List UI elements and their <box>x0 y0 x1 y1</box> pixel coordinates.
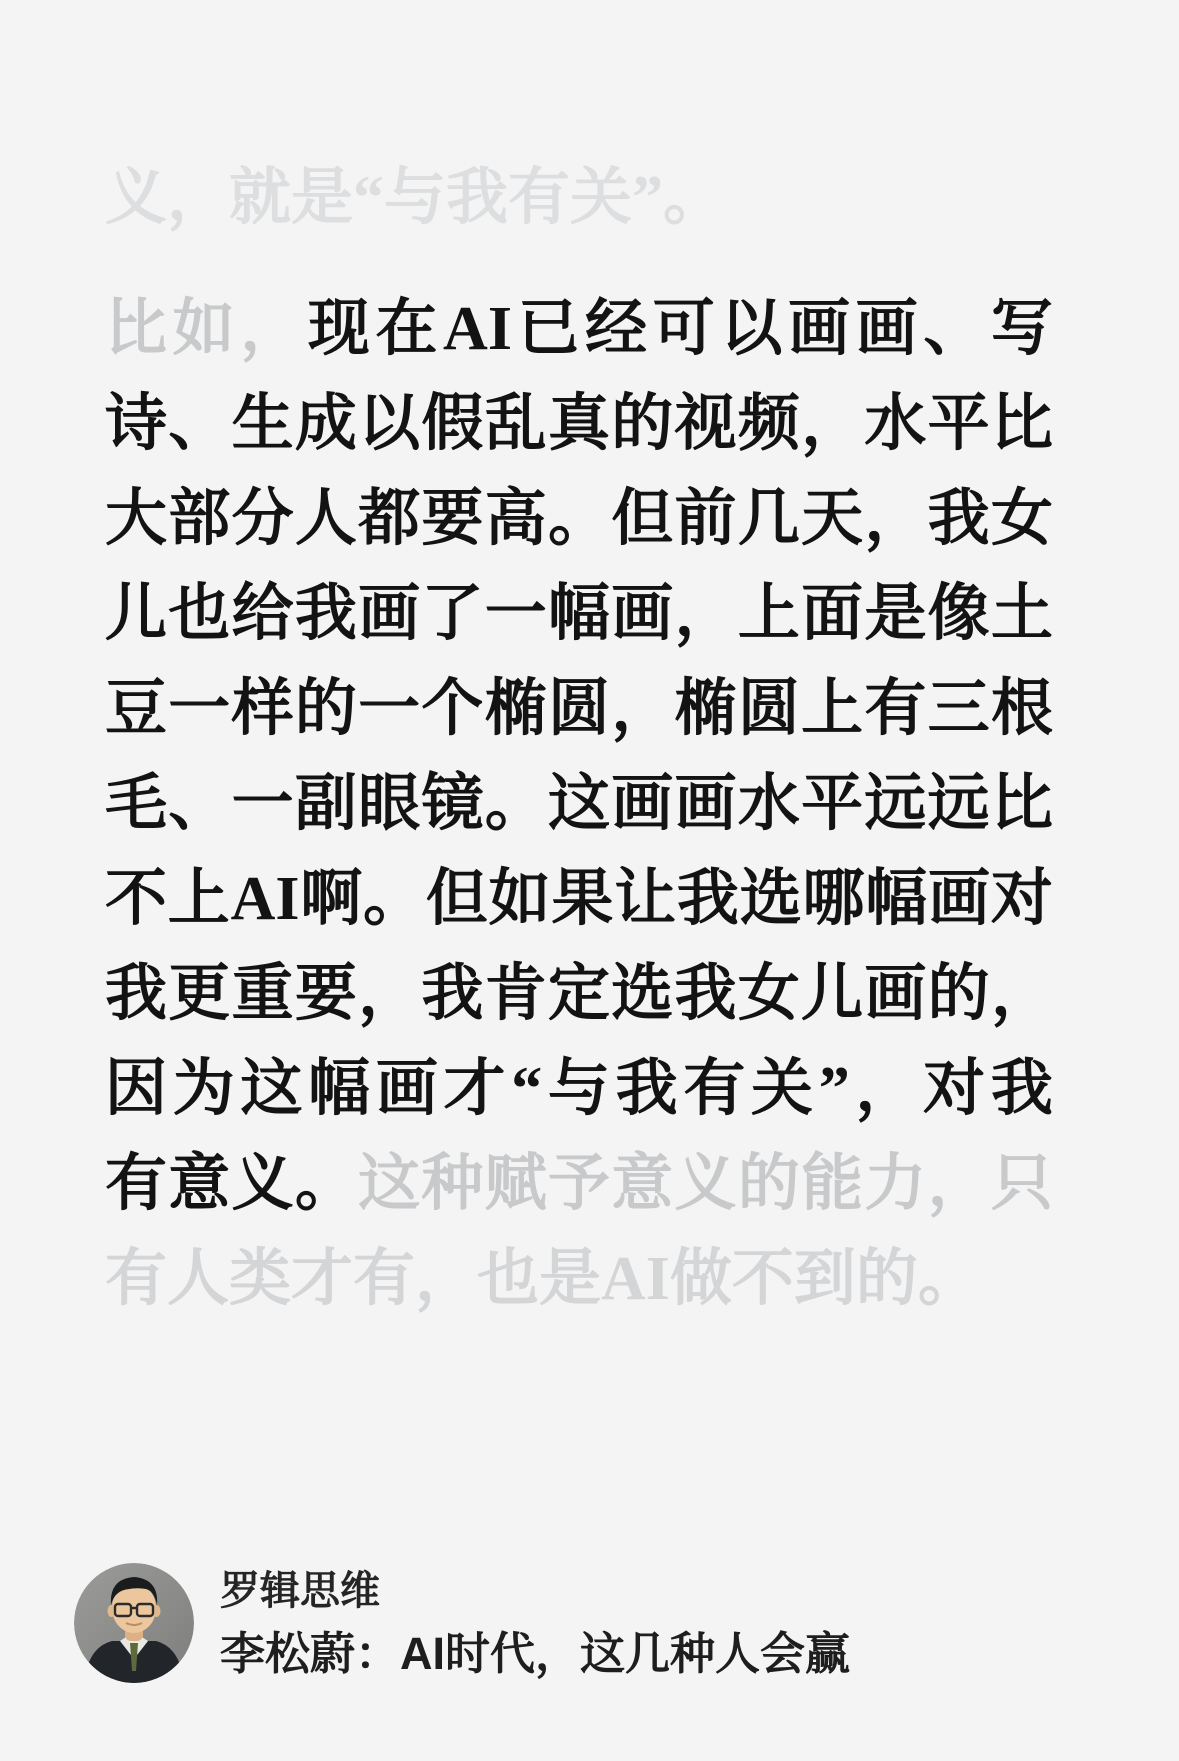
text-segment: 镜 <box>421 757 483 852</box>
text-segment: 已 <box>518 282 580 377</box>
text-segment: 椭 <box>675 662 737 757</box>
text-segment: 有 <box>864 662 926 757</box>
text-segment: 诗 <box>105 377 167 472</box>
text-segment: 画 <box>856 282 918 377</box>
text-segment: 儿 <box>105 567 167 662</box>
text-segment: ， <box>928 1137 990 1232</box>
text-line: 诗、生成以假乱真的视频，水平比 <box>105 377 1053 472</box>
text-segment: AI <box>231 852 300 947</box>
text-segment: 意 <box>168 1137 230 1232</box>
text-segment: 是 <box>864 567 926 662</box>
text-segment: 上 <box>168 852 230 947</box>
text-segment: 面 <box>801 567 863 662</box>
text-segment: 如 <box>489 852 551 947</box>
text-segment: 女 <box>738 947 800 1042</box>
text-segment: 远 <box>864 757 926 852</box>
text-segment: 重 <box>232 947 294 1042</box>
portrait-man-glasses-icon <box>74 1563 194 1683</box>
text-segment: “ <box>511 1042 542 1137</box>
text-segment: 上 <box>738 567 800 662</box>
text-segment: 。 <box>363 852 425 947</box>
text-segment: 远 <box>928 757 990 852</box>
page-root: 义，就是“与我有关”。比如，现在AI已经可以画画、写诗、生成以假乱真的视频，水平… <box>0 0 1179 1761</box>
text-segment: 才 <box>444 1042 506 1137</box>
text-segment: 样 <box>232 662 294 757</box>
text-segment: 画 <box>611 757 673 852</box>
text-line: 豆一样的一个椭圆，椭圆上有三根 <box>105 662 1053 757</box>
text-segment: 圆 <box>548 662 610 757</box>
text-segment: 、 <box>923 282 985 377</box>
text-segment: 的 <box>928 947 990 1042</box>
text-segment: 眼 <box>358 757 420 852</box>
text-segment: 的 <box>738 1137 800 1232</box>
episode-title: 李松蔚：AI时代，这几种人会赢 <box>220 1630 850 1677</box>
text-segment: 人 <box>295 472 357 567</box>
text-segment: 幅 <box>548 567 610 662</box>
text-line: 有意义。这种赋予意义的能力，只 <box>105 1137 1053 1232</box>
text-segment: 现 <box>308 282 370 377</box>
text-segment: 有 <box>105 1137 167 1232</box>
text-segment: 一 <box>358 662 420 757</box>
text-line: 比如，现在AI已经可以画画、写 <box>105 282 1053 377</box>
text-segment: 。 <box>295 1137 357 1232</box>
text-segment: 真 <box>548 377 610 472</box>
text-segment: 我 <box>991 1042 1053 1137</box>
text-segment: 我 <box>295 567 357 662</box>
text-segment: 只 <box>991 1137 1053 1232</box>
text-segment: 我 <box>677 852 739 947</box>
text-segment: 选 <box>740 852 802 947</box>
text-segment: 比 <box>991 377 1053 472</box>
text-segment: 有 <box>683 1042 745 1137</box>
text-segment: 让 <box>614 852 676 947</box>
text-line: 义，就是“与我有关”。 <box>105 151 1053 246</box>
text-segment: AI <box>443 282 512 377</box>
text-line: 毛、一副眼镜。这画画水平远远比 <box>105 757 1053 852</box>
text-segment: 要 <box>421 472 483 567</box>
text-segment: 果 <box>551 852 613 947</box>
text-line: 有人类才有，也是AI做不到的。 <box>105 1232 1053 1327</box>
text-segment: 大 <box>105 472 167 567</box>
text-segment: 不 <box>105 852 167 947</box>
text-segment: ， <box>240 282 302 377</box>
text-segment: 有人类才有，也是AI做不到的。 <box>105 1232 980 1327</box>
text-segment: 儿 <box>801 947 863 1042</box>
text-segment: 哪 <box>802 852 864 947</box>
text-segment: 平 <box>928 377 990 472</box>
paragraph: 比如，现在AI已经可以画画、写诗、生成以假乱真的视频，水平比大部分人都要高。但前… <box>105 282 1053 1327</box>
text-segment: 对 <box>923 1042 985 1137</box>
article: 义，就是“与我有关”。比如，现在AI已经可以画画、写诗、生成以假乱真的视频，水平… <box>105 151 1053 1327</box>
text-segment: 要 <box>295 947 357 1042</box>
text-segment: 个 <box>421 662 483 757</box>
text-line: 儿也给我画了一幅画，上面是像土 <box>105 567 1053 662</box>
text-segment: 一 <box>485 567 547 662</box>
text-segment: 如 <box>173 282 235 377</box>
text-segment: 一 <box>168 662 230 757</box>
text-segment: 视 <box>675 377 737 472</box>
text-segment: 给 <box>232 567 294 662</box>
text-segment: 上 <box>801 662 863 757</box>
text-segment: 部 <box>168 472 230 567</box>
text-segment: 但 <box>611 472 673 567</box>
text-segment: 种 <box>421 1137 483 1232</box>
text-segment: 豆 <box>105 662 167 757</box>
text-segment: 我 <box>616 1042 678 1137</box>
avatar[interactable] <box>74 1563 194 1683</box>
text-segment: 这 <box>358 1137 420 1232</box>
text-segment: 副 <box>295 757 357 852</box>
text-segment: ， <box>675 567 737 662</box>
text-segment: ， <box>611 662 673 757</box>
text-segment: 幅 <box>308 1042 370 1137</box>
text-segment: ， <box>855 1042 917 1137</box>
text-segment: 前 <box>675 472 737 567</box>
text-segment: 我 <box>675 947 737 1042</box>
text-segment: 画 <box>376 1042 438 1137</box>
text-segment: 我 <box>928 472 990 567</box>
text-segment: 画 <box>611 567 673 662</box>
text-segment: 。 <box>485 757 547 852</box>
text-line: 大部分人都要高。但前几天，我女 <box>105 472 1053 567</box>
text-segment: ， <box>801 377 863 472</box>
text-segment: 画 <box>675 757 737 852</box>
text-segment: 啊 <box>300 852 362 947</box>
text-segment: 根 <box>991 662 1053 757</box>
text-segment: 平 <box>801 757 863 852</box>
text-segment: 土 <box>991 567 1053 662</box>
text-segment: 画 <box>928 852 990 947</box>
text-segment: 水 <box>864 377 926 472</box>
text-segment: 经 <box>585 282 647 377</box>
text-segment: 因 <box>105 1042 167 1137</box>
text-segment: 关 <box>751 1042 813 1137</box>
text-segment: 在 <box>375 282 437 377</box>
text-segment: 水 <box>738 757 800 852</box>
text-segment: 定 <box>548 947 610 1042</box>
text-segment: 都 <box>358 472 420 567</box>
text-segment: 肯 <box>485 947 547 1042</box>
text-segment: 意 <box>611 1137 673 1232</box>
text-segment: 三 <box>928 662 990 757</box>
text-segment: 比 <box>991 757 1053 852</box>
text-segment: ， <box>864 472 926 567</box>
text-segment: 赋 <box>485 1137 547 1232</box>
text-segment: 毛 <box>105 757 167 852</box>
text-segment: 几 <box>738 472 800 567</box>
text-segment: 频 <box>738 377 800 472</box>
text-segment: ， <box>358 947 420 1042</box>
text-segment: 高 <box>485 472 547 567</box>
text-segment: 的 <box>295 662 357 757</box>
text-segment: 幅 <box>865 852 927 947</box>
text-segment: 。 <box>548 472 610 567</box>
text-segment: 画 <box>864 947 926 1042</box>
text-segment: 了 <box>421 567 483 662</box>
text-segment: 但 <box>426 852 488 947</box>
text-segment: 画 <box>358 567 420 662</box>
text-segment: 乱 <box>485 377 547 472</box>
text-segment: 我 <box>105 947 167 1042</box>
text-line: 不上AI啊。但如果让我选哪幅画对 <box>105 852 1053 947</box>
text-segment: 椭 <box>485 662 547 757</box>
text-line: 因为这幅画才“与我有关”，对我 <box>105 1042 1053 1137</box>
text-segment: ， <box>991 947 1053 1042</box>
text-segment: 也 <box>168 567 230 662</box>
text-segment: 以 <box>720 282 782 377</box>
text-segment: 生 <box>232 377 294 472</box>
text-segment: 天 <box>801 472 863 567</box>
text-segment: 力 <box>864 1137 926 1232</box>
source-text-block: 罗辑思维 李松蔚：AI时代，这几种人会赢 <box>220 1570 850 1677</box>
text-segment: 义 <box>675 1137 737 1232</box>
text-segment: 、 <box>168 377 230 472</box>
text-segment: 予 <box>548 1137 610 1232</box>
text-line: 我更重要，我肯定选我女儿画的， <box>105 947 1053 1042</box>
text-segment: 义 <box>232 1137 294 1232</box>
text-segment: 与 <box>548 1042 610 1137</box>
text-segment: 可 <box>653 282 715 377</box>
text-segment: 、 <box>168 757 230 852</box>
text-segment: ” <box>819 1042 850 1137</box>
text-segment: 分 <box>232 472 294 567</box>
text-segment: 这 <box>240 1042 302 1137</box>
text-segment: 比 <box>105 282 167 377</box>
text-segment: 为 <box>173 1042 235 1137</box>
text-segment: 写 <box>991 282 1053 377</box>
text-segment: 以 <box>358 377 420 472</box>
text-segment: 的 <box>611 377 673 472</box>
text-segment: 一 <box>232 757 294 852</box>
text-segment: 能 <box>801 1137 863 1232</box>
text-segment: 假 <box>421 377 483 472</box>
source-name: 罗辑思维 <box>220 1570 850 1612</box>
text-segment: 我 <box>421 947 483 1042</box>
text-segment: 义，就是“与我有关”。 <box>105 151 725 246</box>
text-segment: 成 <box>295 377 357 472</box>
text-segment: 这 <box>548 757 610 852</box>
footer-source[interactable]: 罗辑思维 李松蔚：AI时代，这几种人会赢 <box>74 1563 1104 1683</box>
text-segment: 选 <box>611 947 673 1042</box>
text-segment: 圆 <box>738 662 800 757</box>
text-segment: 对 <box>991 852 1053 947</box>
text-segment: 更 <box>168 947 230 1042</box>
text-segment: 像 <box>928 567 990 662</box>
text-segment: 画 <box>788 282 850 377</box>
paragraph: 义，就是“与我有关”。 <box>105 151 1053 246</box>
text-segment: 女 <box>991 472 1053 567</box>
